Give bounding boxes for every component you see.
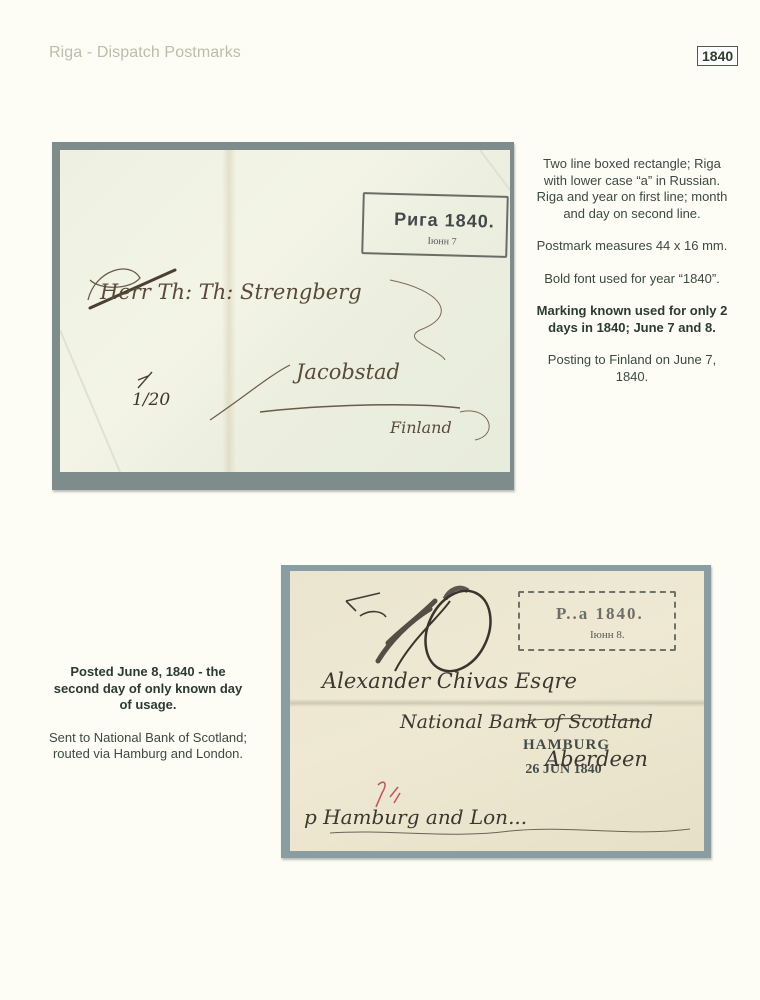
rate-mark: 1/20 xyxy=(132,390,170,410)
address-line-1: Alexander Chivas Esqre xyxy=(322,669,577,693)
description-bottom: Posted June 8, 1840 - the second day of … xyxy=(48,664,248,779)
address-line-2: National Bank of Scotland xyxy=(400,711,653,733)
description-paragraph: Two line boxed rectangle; Riga with lowe… xyxy=(532,156,732,222)
riga-postmark-june-7: Рига 1840. Iюнн 7 xyxy=(361,192,509,258)
cover-2-image: Р..а 1840. Iюнн 8. HAMBURG 26 JUN 1840 A… xyxy=(290,571,704,851)
routing-instruction: p Hamburg and Lon... xyxy=(304,805,527,829)
postmark-line-1: Рига 1840. xyxy=(394,209,495,233)
postmark-line-2: Iюнн 8. xyxy=(590,629,625,641)
year-badge: 1840 xyxy=(697,46,738,66)
postmark-line-2: Iюнн 7 xyxy=(427,236,456,248)
address-line-3: Finland xyxy=(390,418,452,437)
description-paragraph-highlight: Posted June 8, 1840 - the second day of … xyxy=(48,664,248,714)
cover-1-image: Рига 1840. Iюнн 7 Herr Th: Th: Strengber… xyxy=(60,150,510,472)
description-paragraph: Sent to National Bank of Scotland; route… xyxy=(48,730,248,763)
description-paragraph-highlight: Marking known used for only 2 days in 18… xyxy=(532,303,732,336)
description-paragraph: Postmark measures 44 x 16 mm. xyxy=(532,238,732,255)
page-title: Riga - Dispatch Postmarks xyxy=(49,44,241,62)
address-line-1: Herr Th: Th: Strengberg xyxy=(100,280,362,304)
riga-postmark-june-8: Р..а 1840. Iюнн 8. xyxy=(518,591,676,651)
description-paragraph: Posting to Finland on June 7, 1840. xyxy=(532,352,732,385)
description-top: Two line boxed rectangle; Riga with lowe… xyxy=(532,156,732,401)
description-paragraph: Bold font used for year “1840”. xyxy=(532,271,732,288)
postmark-line-1: Р..а 1840. xyxy=(556,604,644,624)
address-line-3: Aberdeen xyxy=(545,747,648,771)
address-line-2: Jacobstad xyxy=(296,360,400,384)
